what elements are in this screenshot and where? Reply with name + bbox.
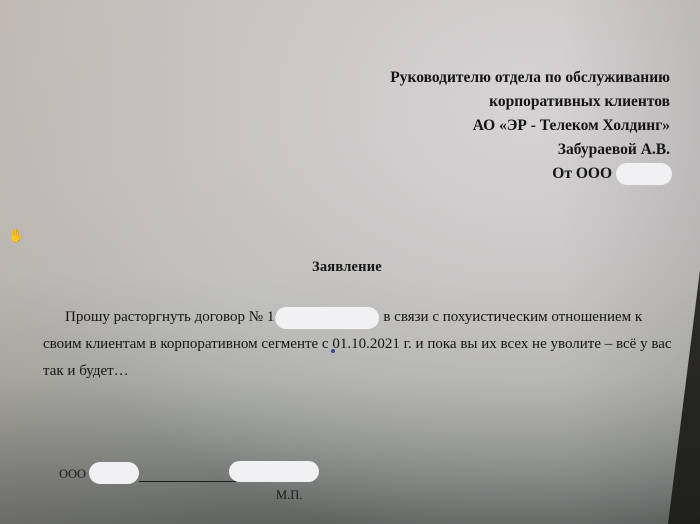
signature-org-prefix: ООО: [59, 467, 86, 482]
stamp-label: М.П.: [276, 488, 302, 503]
document-title: Заявление: [312, 259, 382, 276]
recipient-line: корпоративных клиентов: [390, 90, 670, 114]
sender-prefix: От ООО: [552, 165, 612, 182]
document-body: Прошу расторгнуть договор № 1(в связи с …: [43, 304, 683, 385]
redacted-sender-name: [616, 163, 672, 185]
text-cursor-marker: [331, 349, 335, 353]
body-text-segment: своим клиентам в корпоративном сегменте …: [43, 336, 340, 352]
body-line-2: своим клиентам в корпоративном сегменте …: [43, 331, 683, 358]
hand-cursor-icon: ✋: [8, 228, 24, 244]
sender-line: От ООО: [390, 162, 670, 186]
body-text-segment: в связи с похуистическим отношением к: [383, 309, 642, 325]
redacted-contract-number: [275, 307, 379, 329]
redacted-signatory-name: [229, 461, 319, 482]
body-line-1: Прошу расторгнуть договор № 1(в связи с …: [43, 304, 683, 331]
body-line-3: так и будет…: [43, 358, 683, 385]
recipient-line: Руководителю отдела по обслуживанию: [390, 66, 670, 90]
signature-line: [139, 481, 247, 482]
recipient-line: Забураевой А.В.: [390, 138, 670, 162]
recipient-line: АО «ЭР - Телеком Холдинг»: [390, 114, 670, 138]
redacted-signature-company: [89, 462, 139, 484]
recipient-block: Руководителю отдела по обслуживанию корп…: [390, 66, 670, 186]
body-text-segment: Прошу расторгнуть договор № 1(: [65, 309, 279, 325]
body-text-segment: 1.10.2021 г. и пока вы их всех не уволит…: [340, 336, 672, 352]
